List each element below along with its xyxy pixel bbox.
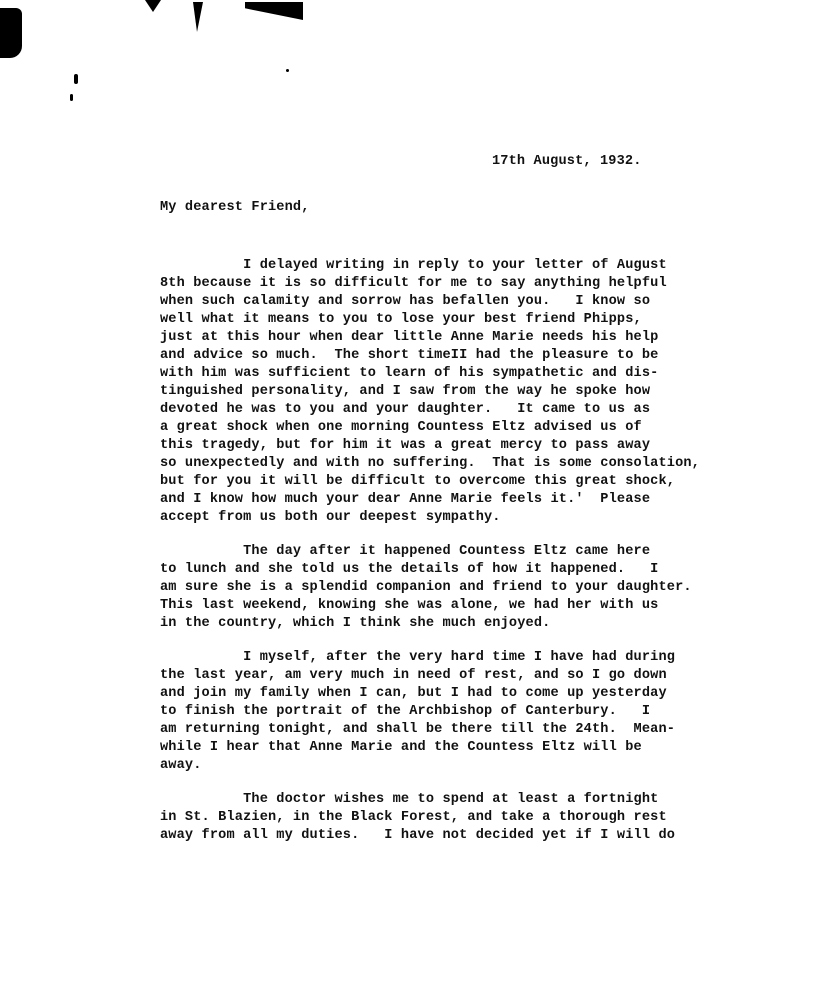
- paragraph-3-line: I myself, after the very hard time I hav…: [160, 650, 675, 665]
- paragraph-3-line: and join my family when I can, but I had…: [160, 686, 667, 701]
- paragraph-4-line: The doctor wishes me to spend at least a…: [160, 792, 658, 807]
- scan-artifact-mark: [193, 2, 203, 32]
- paragraph-2-line: The day after it happened Countess Eltz …: [160, 544, 650, 559]
- letter-date: 17th August, 1932.: [492, 154, 642, 169]
- paragraph-1-line: a great shock when one morning Countess …: [160, 420, 642, 435]
- paragraph-4-line: in St. Blazien, in the Black Forest, and…: [160, 810, 667, 825]
- paragraph-4-line: away from all my duties. I have not deci…: [160, 828, 675, 843]
- paragraph-1-line: tinguished personality, and I saw from t…: [160, 384, 650, 399]
- paragraph-2-line: in the country, which I think she much e…: [160, 616, 550, 631]
- scan-artifact-mark: [145, 0, 161, 12]
- scan-artifact-speck: [286, 69, 289, 72]
- scan-artifact-blot: [0, 8, 22, 58]
- paragraph-3-line: while I hear that Anne Marie and the Cou…: [160, 740, 642, 755]
- letter-page: 17th August, 1932. My dearest Friend, I …: [0, 0, 813, 1000]
- paragraph-3-line: the last year, am very much in need of r…: [160, 668, 667, 683]
- paragraph-1-line: I delayed writing in reply to your lette…: [160, 258, 667, 273]
- paragraph-1-line: but for you it will be difficult to over…: [160, 474, 675, 489]
- paragraph-1-line: well what it means to you to lose your b…: [160, 312, 642, 327]
- paragraph-1-line: so unexpectedly and with no suffering. T…: [160, 456, 700, 471]
- scan-artifact-mark: [245, 2, 303, 20]
- paragraph-3-line: to finish the portrait of the Archbishop…: [160, 704, 650, 719]
- paragraph-1-line: with him was sufficient to learn of his …: [160, 366, 658, 381]
- letter-salutation: My dearest Friend,: [160, 200, 310, 215]
- scan-artifact-speck: [74, 74, 78, 84]
- paragraph-1-line: 8th because it is so difficult for me to…: [160, 276, 667, 291]
- paragraph-2-line: am sure she is a splendid companion and …: [160, 580, 692, 595]
- paragraph-1-line: when such calamity and sorrow has befall…: [160, 294, 650, 309]
- paragraph-1-line: and advice so much. The short timeII had…: [160, 348, 658, 363]
- paragraph-1-line: this tragedy, but for him it was a great…: [160, 438, 650, 453]
- scan-artifact-speck: [70, 94, 73, 101]
- paragraph-2-line: to lunch and she told us the details of …: [160, 562, 658, 577]
- paragraph-1-line: just at this hour when dear little Anne …: [160, 330, 658, 345]
- paragraph-1-line: accept from us both our deepest sympathy…: [160, 510, 501, 525]
- paragraph-1-line: devoted he was to you and your daughter.…: [160, 402, 650, 417]
- paragraph-3-line: away.: [160, 758, 202, 773]
- paragraph-2-line: This last weekend, knowing she was alone…: [160, 598, 658, 613]
- paragraph-3-line: am returning tonight, and shall be there…: [160, 722, 675, 737]
- paragraph-1-line: and I know how much your dear Anne Marie…: [160, 492, 650, 507]
